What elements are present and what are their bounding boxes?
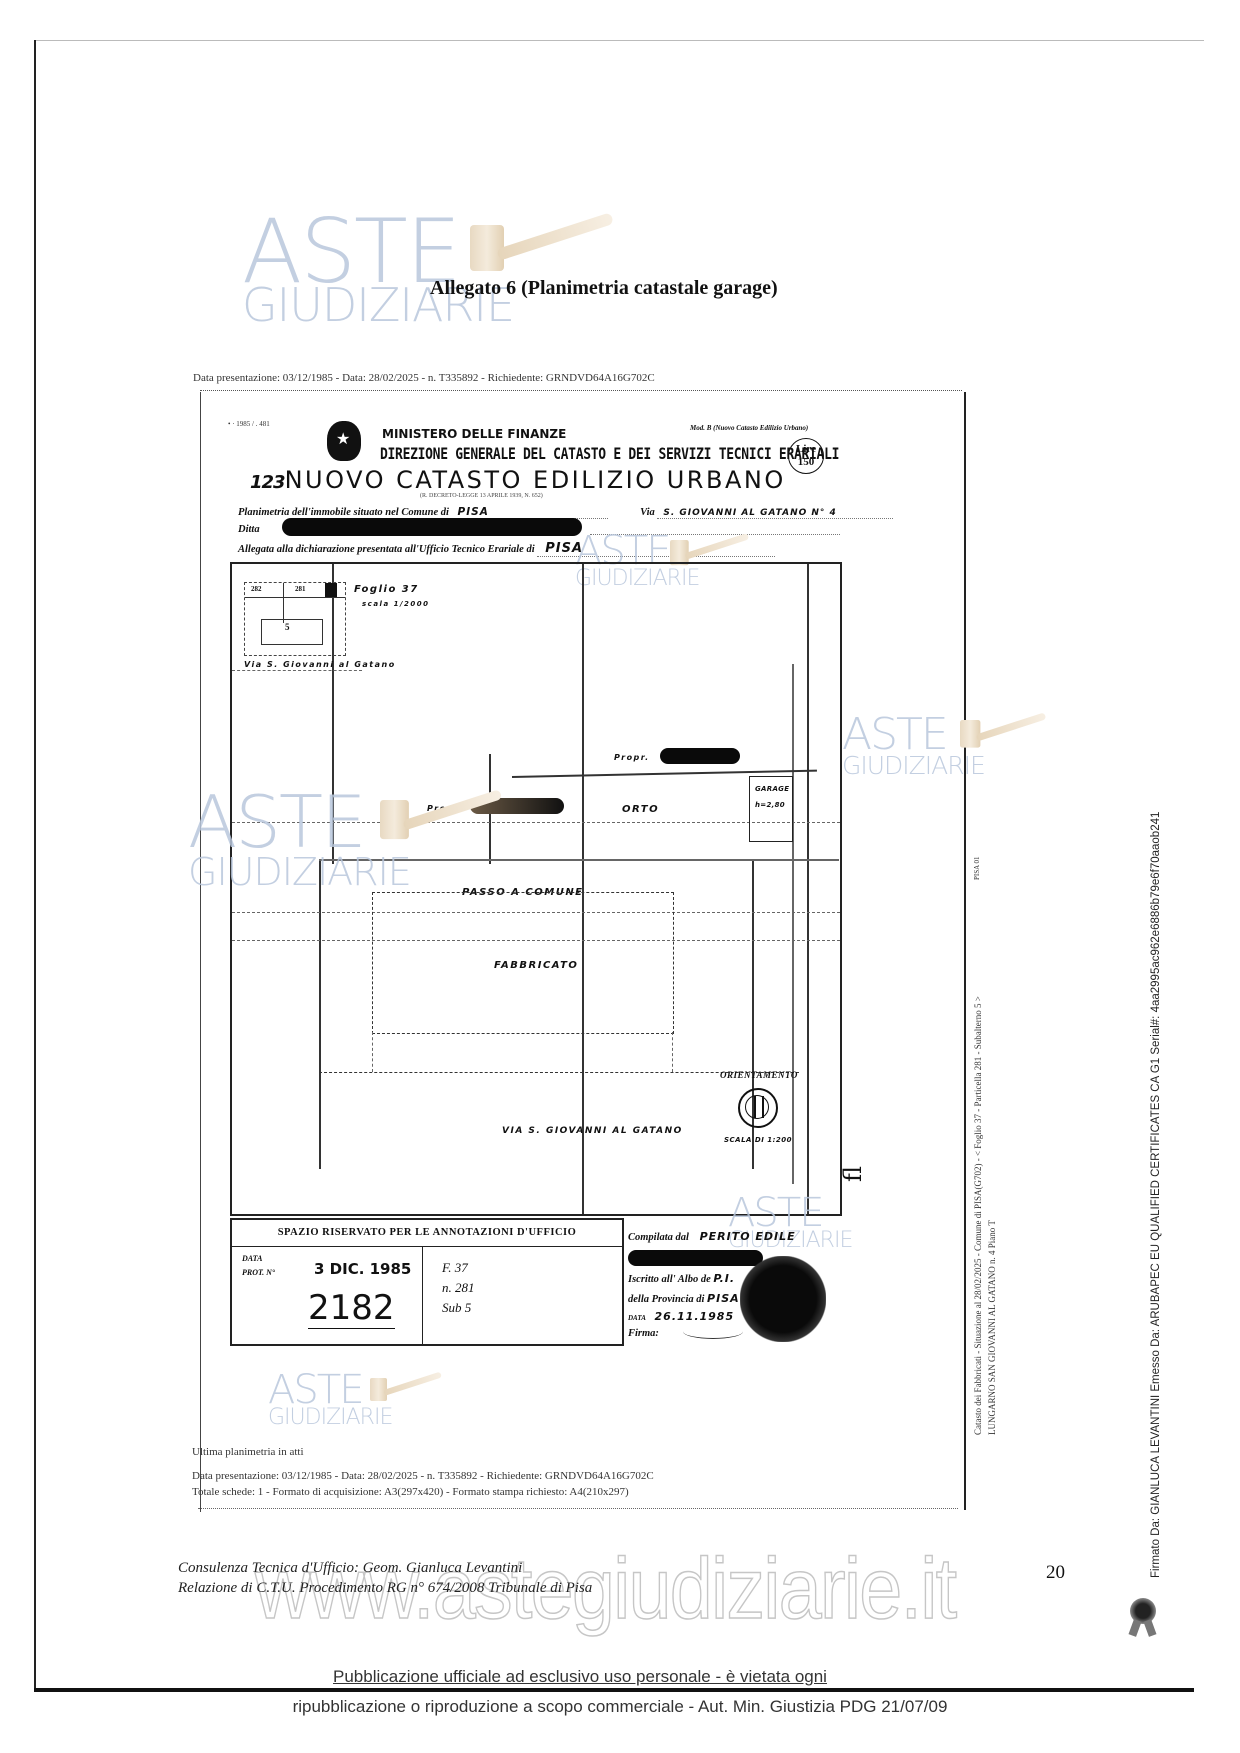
note-particella: n. 281 xyxy=(442,1278,475,1298)
publication-notice-2: ripubblicazione o riproduzione a scopo c… xyxy=(120,1697,1120,1717)
plan-line xyxy=(792,664,794,1184)
protocol-number: 2182 xyxy=(308,1288,395,1329)
publication-notice-1: Pubblicazione ufficiale ad esclusivo uso… xyxy=(0,1667,1240,1687)
bottom-meta-line-2: Totale schede: 1 - Formato di acquisizio… xyxy=(192,1486,629,1498)
handwritten-number: 123 xyxy=(250,472,285,493)
date-stamp: 3 DIC. 1985 xyxy=(314,1260,411,1278)
nuovo-catasto-text: NUOVO CATASTO EDILIZIO URBANO xyxy=(285,466,786,494)
parcel-5: 5 xyxy=(285,622,290,632)
margin-initials: ﬂ xyxy=(839,1166,867,1182)
model-label: Mod. B (Nuovo Catasto Edilizio Urbano) xyxy=(690,424,808,432)
key-map-highlight xyxy=(325,583,337,597)
page-top-border xyxy=(34,40,1204,41)
ditta-row: Ditta xyxy=(238,524,260,535)
bottom-meta-line-1: Data presentazione: 03/12/1985 - Data: 2… xyxy=(192,1470,654,1482)
albo-label: Iscritto all' Albo de xyxy=(628,1274,711,1285)
certificate-ribbon-left xyxy=(1129,1619,1142,1637)
compilata-data-value: 26.11.1985 xyxy=(655,1310,735,1323)
page-number: 20 xyxy=(1046,1562,1065,1584)
plan-dashed-line xyxy=(232,670,362,671)
watermark-logo-3: ASTE GIUDIZIARIE xyxy=(188,790,411,889)
sheet-right-border xyxy=(964,392,966,1510)
data-row: DATA 26.11.1985 xyxy=(628,1310,734,1323)
parcel-281: 281 xyxy=(295,585,306,593)
orientamento-label: ORIENTAMENTO xyxy=(720,1070,798,1080)
nuovo-catasto-heading: 123NUOVO CATASTO EDILIZIO URBANO xyxy=(250,466,786,494)
garage-label: GARAGE xyxy=(755,785,789,793)
compilata-block: Compilata dal PERITO EDILE Iscritto all'… xyxy=(628,1220,838,1342)
note-subalterno: Sub 5 xyxy=(442,1298,475,1318)
annotations-left: DATA PROT. N° 3 DIC. 1985 2182 xyxy=(232,1246,423,1344)
decreto-note: (R. DECRETO-LEGGE 13 APRILE 1939, N. 652… xyxy=(420,493,543,499)
direzione-heading: DIREZIONE GENERALE DEL CATASTO E DEI SER… xyxy=(380,445,839,464)
side-cadastral-line-2: LUNGARNO SAN GIOVANNI AL GATANO n. 4 Pia… xyxy=(987,1220,997,1435)
watermark-giudiziarie: GIUDIZIARIE xyxy=(842,755,985,778)
ditta-label: Ditta xyxy=(238,524,260,535)
plan-line xyxy=(807,564,809,1214)
sheet-bottom-border xyxy=(198,1508,958,1509)
office-annotations-box: SPAZIO RISERVATO PER LE ANNOTAZIONI D'UF… xyxy=(230,1218,624,1346)
scale-label: SCALA DI 1:200 xyxy=(724,1136,792,1144)
garage-unit: GARAGE h=2,80 xyxy=(749,776,793,842)
certificate-ribbon-right xyxy=(1144,1619,1157,1637)
via-value: S. GIOVANNI AL GATANO N° 4 xyxy=(657,508,893,519)
compilata-label: Compilata dal xyxy=(628,1232,689,1243)
watermark-aste: ASTE xyxy=(188,790,411,855)
orto-label: ORTO xyxy=(622,804,659,815)
footer-line-1: Consulenza Tecnica d'Ufficio: Geom. Gian… xyxy=(178,1560,522,1577)
ministero-heading: MINISTERO DELLE FINANZE xyxy=(382,427,566,441)
plan-line xyxy=(319,859,321,1169)
key-map-building xyxy=(261,619,323,645)
footer-line-2: Relazione di C.T.U. Procedimento RG n° 6… xyxy=(178,1580,592,1597)
provincia-value: PISA xyxy=(707,1292,740,1305)
prot-label: PROT. N° xyxy=(242,1268,275,1277)
italian-emblem-icon xyxy=(327,421,361,461)
annotations-header: SPAZIO RISERVATO PER LE ANNOTAZIONI D'UF… xyxy=(232,1220,622,1247)
north-arrow-icon xyxy=(738,1088,778,1128)
provincia-label: della Provincia di xyxy=(628,1294,704,1305)
via-label: Via xyxy=(640,507,655,518)
albo-value: P.I. xyxy=(713,1272,735,1285)
redacted-neighbor-1 xyxy=(660,748,740,764)
lire-label: Lire xyxy=(789,443,823,456)
digital-signature-text: Firmato Da: GIANLUCA LEVANTINI Emesso Da… xyxy=(1150,812,1162,1578)
stamp-topleft: • · 1985 / . 481 xyxy=(228,420,270,428)
page-left-border xyxy=(34,40,36,1688)
lire-value: 150 xyxy=(789,456,823,469)
planimetria-label: Planimetria dell'immobile situato nel Co… xyxy=(238,507,449,518)
compilata-data-label: DATA xyxy=(628,1314,646,1322)
small-street-label: Via S. Giovanni al Gatano xyxy=(244,660,396,669)
annotations-notes: F. 37 n. 281 Sub 5 xyxy=(442,1258,475,1318)
key-map-divider xyxy=(283,583,284,623)
main-street-label: VIA S. GIOVANNI AL GATANO xyxy=(502,1126,683,1136)
sheet-top-border xyxy=(200,390,962,391)
key-map: 282 281 5 xyxy=(244,582,346,656)
compilata-value: PERITO EDILE xyxy=(700,1230,796,1243)
plan-dashed-line xyxy=(672,1032,673,1072)
lire-stamp: Lire 150 xyxy=(788,438,824,474)
provincia-row: della Provincia di PISA xyxy=(628,1292,740,1305)
page-title: Allegato 6 (Planimetria catastale garage… xyxy=(430,277,778,300)
top-meta-line: Data presentazione: 03/12/1985 - Data: 2… xyxy=(193,372,655,384)
page-bottom-border xyxy=(34,1688,1194,1692)
firma-label: Firma: xyxy=(628,1328,659,1339)
signature-scribble xyxy=(683,1324,743,1339)
side-cadastral-line-1: Catasto dei Fabbricati - Situazione al 2… xyxy=(973,996,983,1435)
allegata-label: Allegata alla dichiarazione presentata a… xyxy=(238,544,535,555)
watermark-giudiziarie: GIUDIZIARIE xyxy=(188,855,411,889)
publication-link[interactable]: Pubblicazione ufficiale ad esclusivo uso… xyxy=(333,1667,827,1686)
albo-row: Iscritto all' Albo de P.I. xyxy=(628,1272,735,1285)
official-stamp-seal xyxy=(740,1256,826,1342)
side-cadastral-code: PISA 01 xyxy=(973,856,981,880)
compilata-row: Compilata dal PERITO EDILE xyxy=(628,1230,796,1243)
note-foglio: F. 37 xyxy=(442,1258,475,1278)
proprieta-label-1: Propr. xyxy=(614,753,650,762)
small-scale-label: scala 1/2000 xyxy=(362,600,430,608)
redacted-owner xyxy=(282,518,582,536)
fabbricato-label: FABBRICATO xyxy=(494,960,578,971)
north-arrow-needle xyxy=(754,1096,764,1118)
parcel-282: 282 xyxy=(251,585,262,593)
sheet-left-border xyxy=(200,392,201,1512)
plan-dashed-line xyxy=(372,1032,373,1072)
data-label: DATA xyxy=(242,1254,262,1263)
garage-height-label: h=2,80 xyxy=(755,801,785,809)
foglio-label: Foglio 37 xyxy=(354,584,419,595)
watermark-giudiziarie: GIUDIZIARIE xyxy=(268,1408,392,1428)
ultima-planimetria: Ultima planimetria in atti xyxy=(192,1446,304,1458)
